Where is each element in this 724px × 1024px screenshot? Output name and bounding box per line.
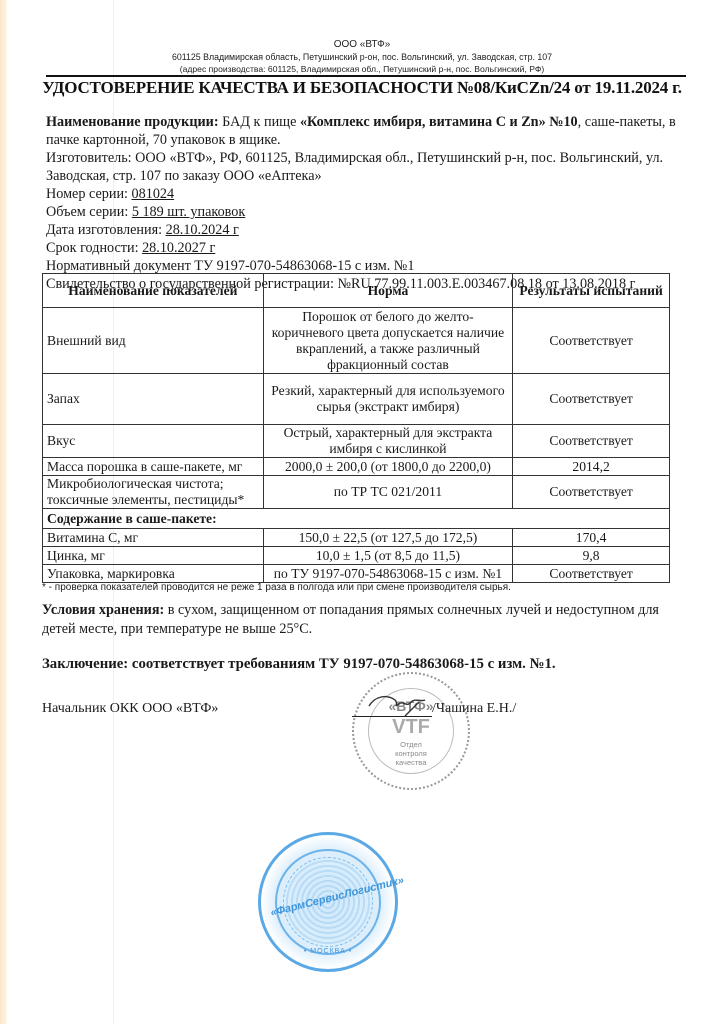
table-row: Запах Резкий, характерный для используем… — [43, 374, 670, 425]
row-norm: по ТУ 9197-070-54863068-15 с изм. №1 — [263, 565, 512, 583]
row-norm: 150,0 ± 22,5 (от 127,5 до 172,5) — [263, 529, 512, 547]
company-name: ООО «ВТФ» — [0, 39, 724, 50]
table-row: Масса порошка в саше-пакете, мг 2000,0 ±… — [43, 458, 670, 476]
header-divider — [46, 75, 686, 77]
row-result: Соответствует — [513, 425, 670, 458]
mfg-date-value: 28.10.2024 г — [166, 222, 239, 238]
table-row: Вкус Острый, характерный для экстракта и… — [43, 425, 670, 458]
row-norm: 2000,0 ± 200,0 (от 1800,0 до 2200,0) — [263, 458, 512, 476]
header-result: Результаты испытаний — [513, 274, 670, 308]
signatory-name: /Чашина Е.Н./ — [432, 701, 516, 717]
batch-volume-label: Объем серии: — [46, 204, 132, 220]
table-row: Внешний вид Порошок от белого до желто-к… — [43, 308, 670, 374]
manufacturer: Изготовитель: ООО «ВТФ», РФ, 601125, Вла… — [46, 149, 686, 185]
stamp-dept-line: контроля — [354, 749, 468, 758]
header-norm: Норма — [263, 274, 512, 308]
product-name-prefix: БАД к пище — [219, 114, 300, 130]
batch-number-value: 081024 — [132, 186, 175, 202]
table-row: Микробиологическая чистота; токсичные эл… — [43, 476, 670, 509]
row-result: 170,4 — [513, 529, 670, 547]
row-norm: по ТР ТС 021/2011 — [263, 476, 512, 509]
section-label: Содержание в саше-пакете: — [43, 509, 670, 529]
row-result: 9,8 — [513, 547, 670, 565]
table-section-row: Содержание в саше-пакете: — [43, 509, 670, 529]
row-name: Вкус — [43, 425, 264, 458]
signatory-position: Начальник ОКК ООО «ВТФ» — [42, 701, 218, 717]
row-result: Соответствует — [513, 565, 670, 583]
row-name: Запах — [43, 374, 264, 425]
batch-volume-line: Объем серии: 5 189 шт. упаковок — [46, 203, 686, 221]
stamp-department: Отдел контроля качества — [354, 740, 468, 767]
storage-label: Условия хранения: — [42, 602, 164, 618]
row-name: Цинка, мг — [43, 547, 264, 565]
company-address: 601125 Владимирская область, Петушинский… — [0, 52, 724, 62]
row-result: 2014,2 — [513, 458, 670, 476]
row-name: Упаковка, маркировка — [43, 565, 264, 583]
stamp-dept-line: Отдел — [354, 740, 468, 749]
table-row: Упаковка, маркировка по ТУ 9197-070-5486… — [43, 565, 670, 583]
row-norm: 10,0 ± 1,5 (от 8,5 до 11,5) — [263, 547, 512, 565]
row-norm: Резкий, характерный для используемого сы… — [263, 374, 512, 425]
table-row: Цинка, мг 10,0 ± 1,5 (от 8,5 до 11,5) 9,… — [43, 547, 670, 565]
product-name: «Комплекс имбиря, витамина С и Zn» №10 — [300, 114, 578, 130]
row-name: Витамина С, мг — [43, 529, 264, 547]
product-name-line: Наименование продукции: БАД к пище «Комп… — [46, 113, 686, 149]
row-name: Масса порошка в саше-пакете, мг — [43, 458, 264, 476]
expiry-line: Срок годности: 28.10.2027 г — [46, 239, 686, 257]
seal-city: • МОСКВА • — [261, 948, 395, 955]
product-info: Наименование продукции: БАД к пище «Комп… — [46, 113, 686, 293]
mfg-date-label: Дата изготовления: — [46, 222, 166, 238]
table-footnote: * - проверка показателей проводится не р… — [42, 582, 511, 593]
mfg-date-line: Дата изготовления: 28.10.2024 г — [46, 221, 686, 239]
handwritten-signature-icon — [365, 690, 435, 720]
batch-volume-value: 5 189 шт. упаковок — [132, 204, 245, 220]
conclusion: Заключение: соответствует требованиям ТУ… — [42, 656, 556, 673]
customer-seal-stamp: «ФармСервисЛогистик» • МОСКВА • — [258, 832, 398, 972]
row-name: Внешний вид — [43, 308, 264, 374]
scan-edge-stripe — [0, 0, 7, 1024]
production-address: (адрес производства: 601125, Владимирска… — [0, 64, 724, 74]
row-norm: Порошок от белого до желто-коричневого ц… — [263, 308, 512, 374]
batch-number-label: Номер серии: — [46, 186, 132, 202]
quality-table: Наименование показателей Норма Результат… — [42, 273, 670, 583]
product-name-label: Наименование продукции: — [46, 114, 219, 130]
table-header-row: Наименование показателей Норма Результат… — [43, 274, 670, 308]
row-norm: Острый, характерный для экстракта имбиря… — [263, 425, 512, 458]
stamp-dept-line: качества — [354, 758, 468, 767]
expiry-value: 28.10.2027 г — [142, 240, 215, 256]
expiry-label: Срок годности: — [46, 240, 142, 256]
certificate-title: УДОСТОВЕРЕНИЕ КАЧЕСТВА И БЕЗОПАСНОСТИ №0… — [0, 78, 724, 98]
table-row: Витамина С, мг 150,0 ± 22,5 (от 127,5 до… — [43, 529, 670, 547]
row-result: Соответствует — [513, 374, 670, 425]
row-name: Микробиологическая чистота; токсичные эл… — [43, 476, 264, 509]
batch-number-line: Номер серии: 081024 — [46, 185, 686, 203]
storage-conditions: Условия хранения: в сухом, защищенном от… — [42, 601, 682, 639]
header-indicator: Наименование показателей — [43, 274, 264, 308]
row-result: Соответствует — [513, 308, 670, 374]
row-result: Соответствует — [513, 476, 670, 509]
